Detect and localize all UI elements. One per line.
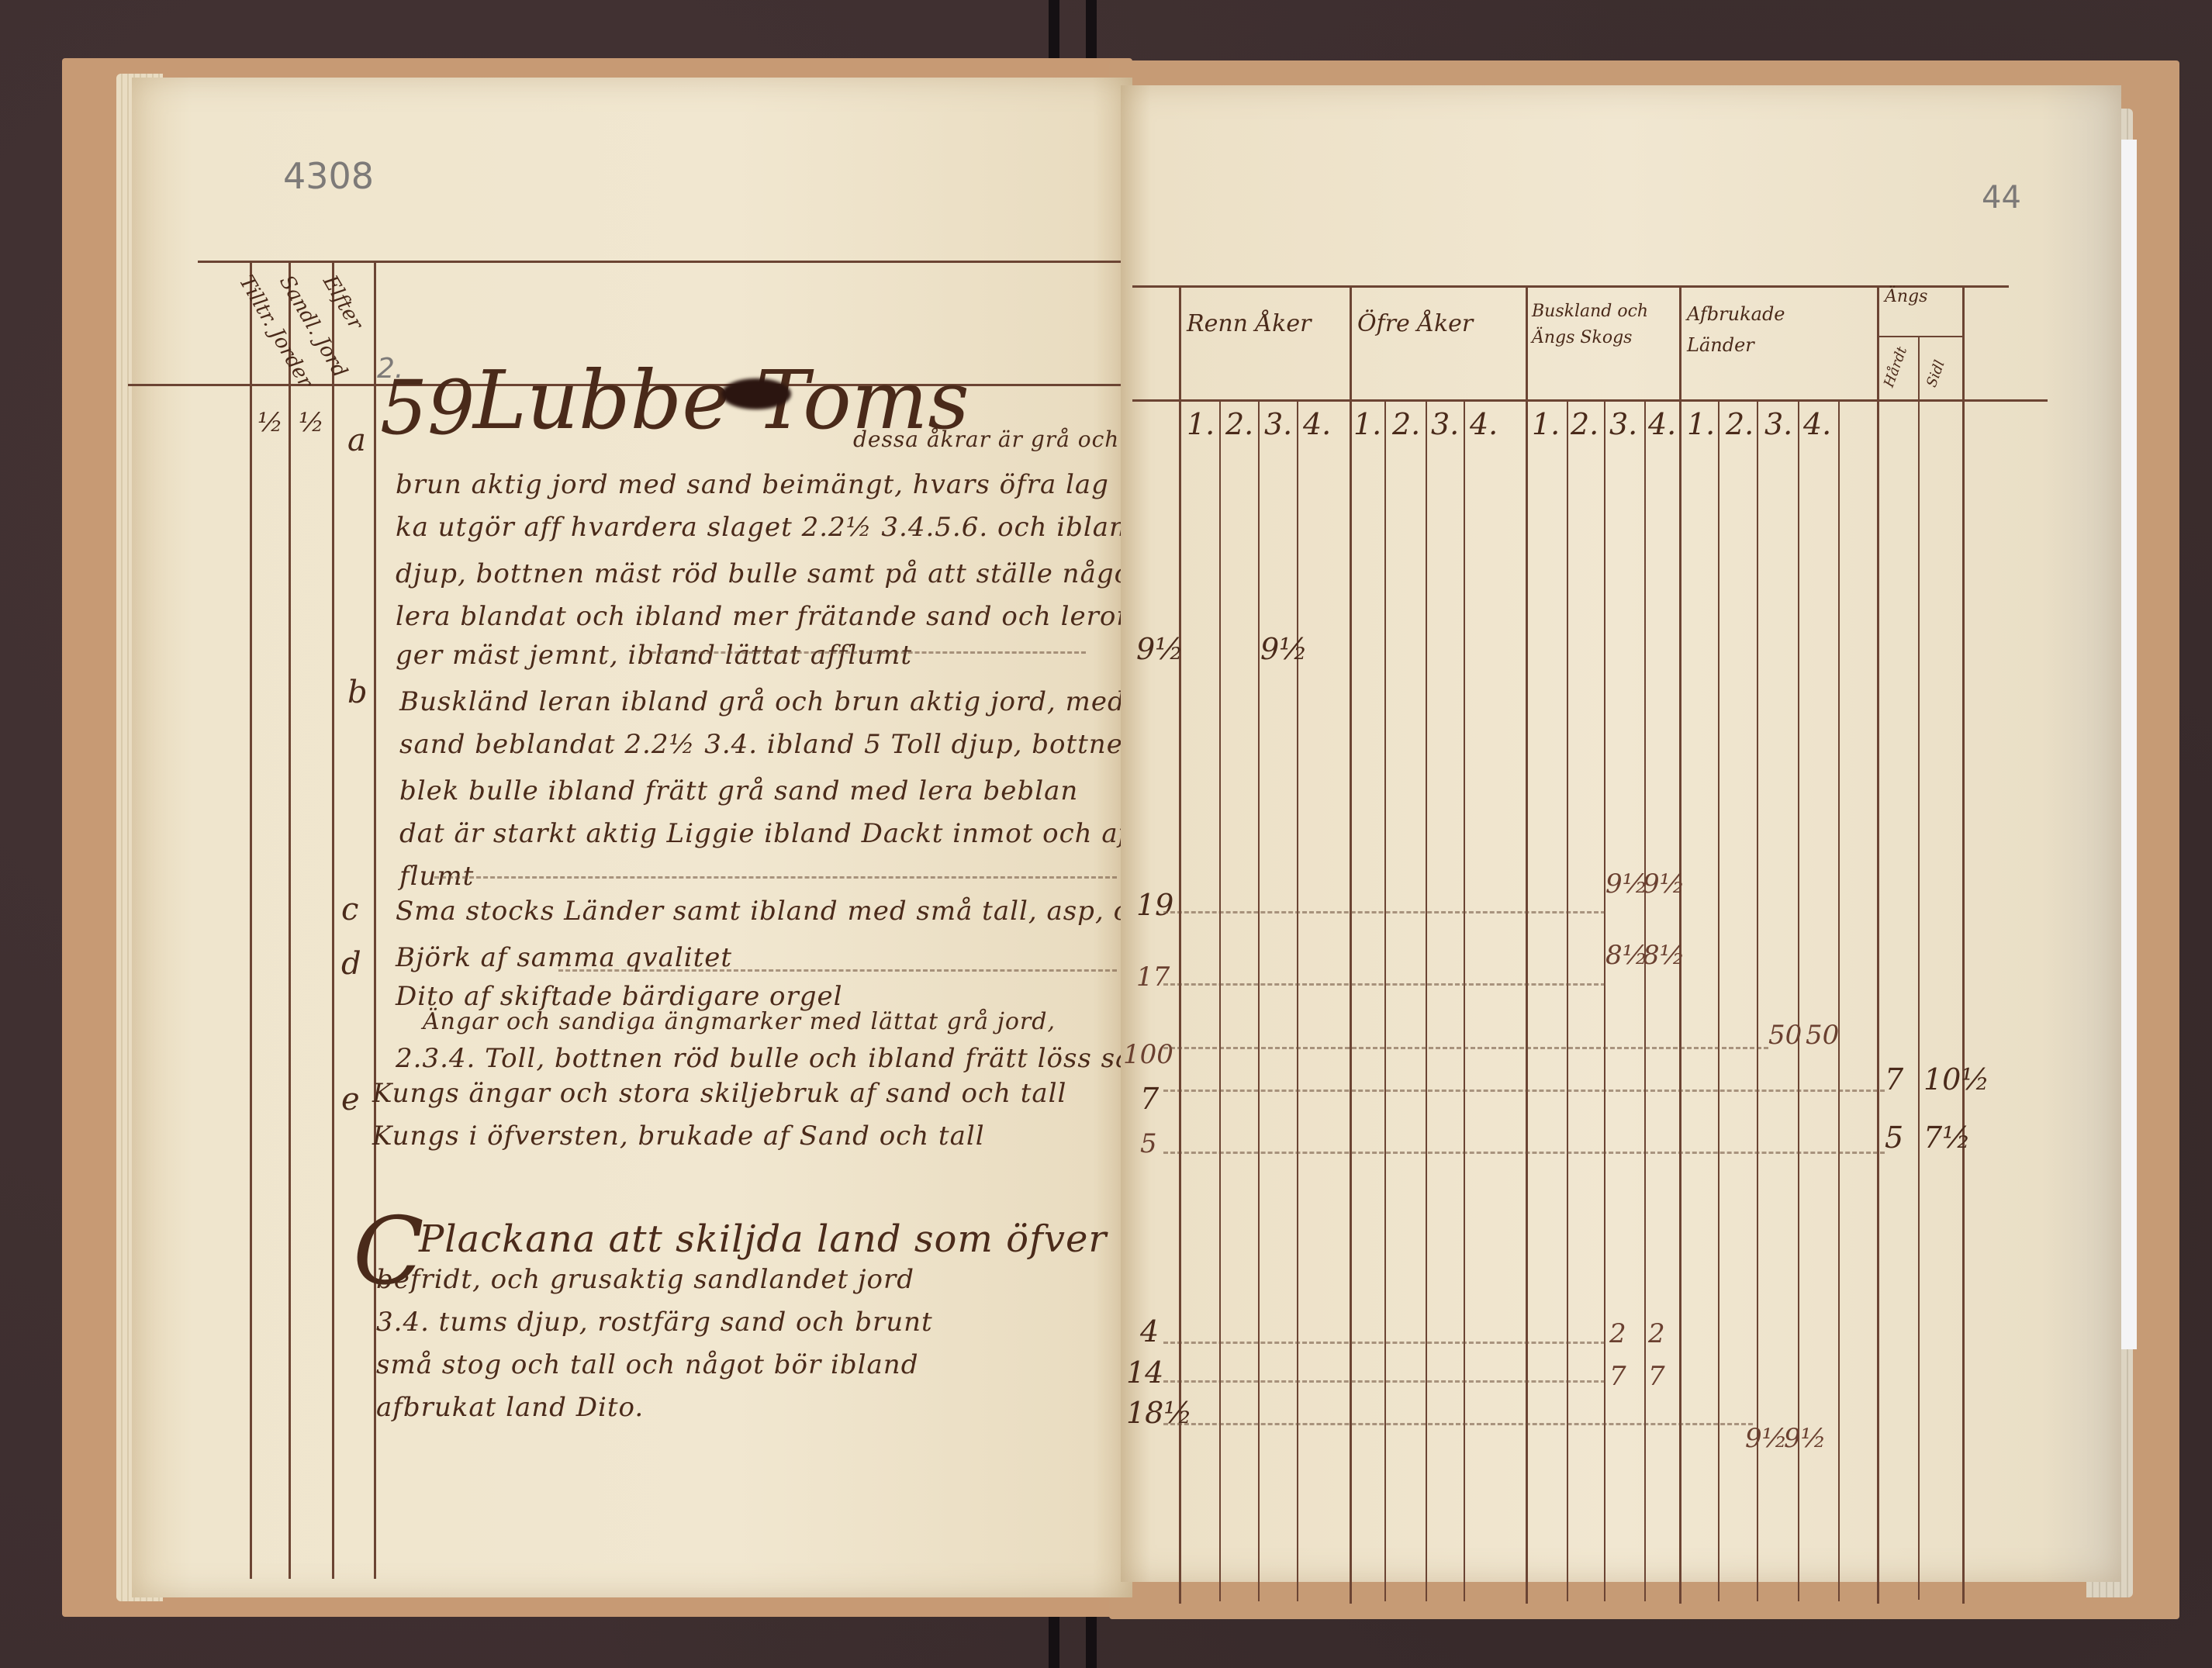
subcolumn-divider — [1604, 399, 1605, 1601]
leader-line — [1163, 1342, 1605, 1344]
cell-value: 5 — [1885, 1121, 1903, 1155]
left-col-divider-4 — [374, 261, 376, 1579]
subcol-ofre-3: 3. — [1431, 407, 1459, 441]
cell-value: 50 — [1806, 1020, 1839, 1051]
subcol-busk-1: 1. — [1532, 407, 1560, 441]
section-C-line-3: 3.4. tums djup, rostfärg sand och brunt — [376, 1307, 933, 1338]
group-header-renn-aker: Renn Åker — [1187, 310, 1311, 337]
section-a-line-6: ger mäst jemnt, ibland lättat afflumt — [396, 640, 912, 671]
subcol-busk-4: 4. — [1648, 407, 1676, 441]
subcolumn-divider — [1464, 399, 1465, 1601]
section-d-line-1: Dito af skiftade bärdigare orgel — [396, 981, 843, 1012]
cell-value: 50 — [1768, 1020, 1802, 1051]
left-col-divider-1 — [250, 261, 252, 1579]
section-a-line-4: djup, bottnen mäst röd bulle samt på att… — [396, 558, 1142, 589]
group-header-buskland: Buskland och Ängs Skogs — [1532, 299, 1671, 351]
section-c-line-2: Björk af samma qvalitet — [396, 942, 732, 973]
section-C-line-5: afbrukat land Dito. — [376, 1392, 644, 1423]
row-total: 7 — [1140, 1082, 1159, 1116]
right-major-divider — [1962, 285, 1965, 1604]
cell-value: 2 — [1648, 1318, 1665, 1349]
angs-subheader-rule — [1877, 336, 1964, 337]
leader-line — [1163, 1152, 1885, 1154]
section-d-line-3: 2.3.4. Toll, bottnen röd bulle och iblan… — [396, 1043, 1167, 1074]
first-row-value-2: ½ — [299, 407, 324, 438]
subcolumn-divider — [1426, 399, 1427, 1601]
angs-subcolumn-divider — [1918, 336, 1920, 1600]
leader-line — [1163, 1047, 1768, 1049]
section-b-line-3: blek bulle ibland frätt grå sand med ler… — [399, 775, 1078, 806]
left-col-divider-2 — [289, 261, 291, 1579]
cell-value: 9½ — [1745, 1423, 1788, 1454]
leader-line — [434, 876, 1117, 879]
cell-value: 7 — [1885, 1062, 1903, 1096]
subcolumn-divider — [1798, 399, 1799, 1601]
pencil-folio-number: 44 — [1982, 180, 2021, 216]
subcolumn-divider — [1297, 399, 1298, 1601]
group-header-afbrukade: Afbrukade Länder — [1687, 299, 1858, 361]
cell-value: 8½ — [1605, 940, 1648, 971]
section-marker-a: a — [347, 423, 366, 458]
subcol-renn-4: 4. — [1303, 407, 1331, 441]
cell-value: 9½ — [1605, 869, 1648, 900]
ink-blot — [721, 378, 791, 409]
section-a-line-2: brun aktig jord med sand beimängt, hvars… — [396, 469, 1109, 500]
leader-line — [1163, 1423, 1753, 1425]
subcolumn-divider — [1384, 399, 1386, 1601]
subcol-busk-2: 2. — [1571, 407, 1599, 441]
right-major-divider — [1350, 285, 1352, 1604]
subcolumn-divider — [1567, 399, 1568, 1601]
section-e-line-1: Kungs ängar och stora skiljebruk af sand… — [372, 1078, 1066, 1109]
leader-line — [652, 651, 1086, 654]
section-a-line-3: ka utgör aff hvardera slaget 2.2½ 3.4.5.… — [396, 512, 1227, 543]
leader-line — [1163, 1090, 1885, 1092]
left-header-top-rule — [198, 261, 1132, 263]
row-total: 19 — [1136, 888, 1173, 922]
subcol-busk-3: 3. — [1609, 407, 1637, 441]
group-header-angs: Ängs — [1885, 287, 1927, 306]
row-total: 14 — [1126, 1355, 1163, 1390]
cell-value: 9½ — [1260, 632, 1308, 666]
subcol-ofre-2: 2. — [1392, 407, 1420, 441]
section-a-line-1: dessa åkrar är grå och — [853, 426, 1119, 452]
section-b-line-2: sand beblandat 2.2½ 3.4. ibland 5 Toll d… — [399, 729, 1141, 760]
leader-line — [1163, 1380, 1605, 1383]
cell-value: 2 — [1609, 1318, 1626, 1349]
subcolumn-divider — [1219, 399, 1221, 1601]
leader-line — [1163, 983, 1605, 986]
subcol-afbr-1: 1. — [1687, 407, 1715, 441]
group-header-ofre-aker: Öfre Åker — [1357, 310, 1473, 337]
section-marker-d: d — [341, 946, 361, 982]
cell-value: 7 — [1648, 1361, 1665, 1392]
subcolumn-divider — [1644, 399, 1646, 1601]
leader-line — [1163, 911, 1605, 913]
right-major-divider — [1877, 285, 1879, 1604]
subcol-renn-2: 2. — [1225, 407, 1253, 441]
first-row-value-1: ½ — [257, 407, 283, 438]
cell-value: 7½ — [1923, 1121, 1971, 1155]
row-total: 17 — [1136, 962, 1170, 993]
subcolumn-divider — [1718, 399, 1719, 1601]
cell-value: 7 — [1609, 1361, 1626, 1392]
section-b-line-4: dat är starkt aktig Liggie ibland Dackt … — [399, 818, 1128, 849]
subcol-afbr-3: 3. — [1764, 407, 1792, 441]
subcolumn-divider — [1757, 399, 1758, 1601]
subcol-afbr-2: 2. — [1726, 407, 1754, 441]
right-major-divider — [1526, 285, 1528, 1604]
row-total: 100 — [1123, 1039, 1173, 1070]
entry-number: 59 — [380, 364, 475, 451]
subcolumn-divider — [1838, 399, 1840, 1601]
subcol-ofre-4: 4. — [1470, 407, 1498, 441]
subcol-renn-3: 3. — [1264, 407, 1292, 441]
section-b-line-1: Buskländ leran ibland grå och brun aktig… — [399, 686, 1125, 717]
section-marker-c: c — [341, 892, 358, 927]
cell-value: 10½ — [1923, 1062, 1989, 1096]
section-a-line-5: lera blandat och ibland mer frätande san… — [396, 601, 1177, 632]
cell-value: 8½ — [1643, 940, 1685, 971]
section-marker-e: e — [341, 1082, 360, 1117]
section-C-line-4: små stog och tall och något bör ibland — [376, 1349, 918, 1380]
subcol-ofre-1: 1. — [1353, 407, 1381, 441]
section-C-line-2: befridt, och grusaktig sandlandet jord — [376, 1264, 914, 1295]
section-C-line-1: Plackana att skiljda land som öfver — [419, 1217, 1107, 1261]
row-total: 9½ — [1136, 632, 1184, 666]
section-c-line-1: Sma stocks Länder samt ibland med små ta… — [396, 896, 1163, 927]
subcolumn-divider — [1258, 399, 1260, 1601]
leader-line — [558, 969, 1117, 972]
subcol-afbr-4: 4. — [1803, 407, 1831, 441]
row-total: 5 — [1140, 1128, 1157, 1159]
section-e-line-2: Kungs i öfversten, brukade af Sand och t… — [372, 1121, 985, 1152]
left-col-divider-3 — [332, 261, 334, 1579]
subcol-renn-1: 1. — [1187, 407, 1215, 441]
right-header-bottom-rule — [1132, 399, 2048, 402]
section-marker-b: b — [347, 675, 368, 710]
cell-value: 9½ — [1784, 1423, 1827, 1454]
cell-value: 9½ — [1643, 869, 1685, 900]
row-total: 4 — [1140, 1314, 1159, 1349]
pencil-reference-number: 4308 — [283, 155, 374, 197]
section-d-line-2: Ängar och sandiga ängmarker med lättat g… — [423, 1008, 1056, 1035]
